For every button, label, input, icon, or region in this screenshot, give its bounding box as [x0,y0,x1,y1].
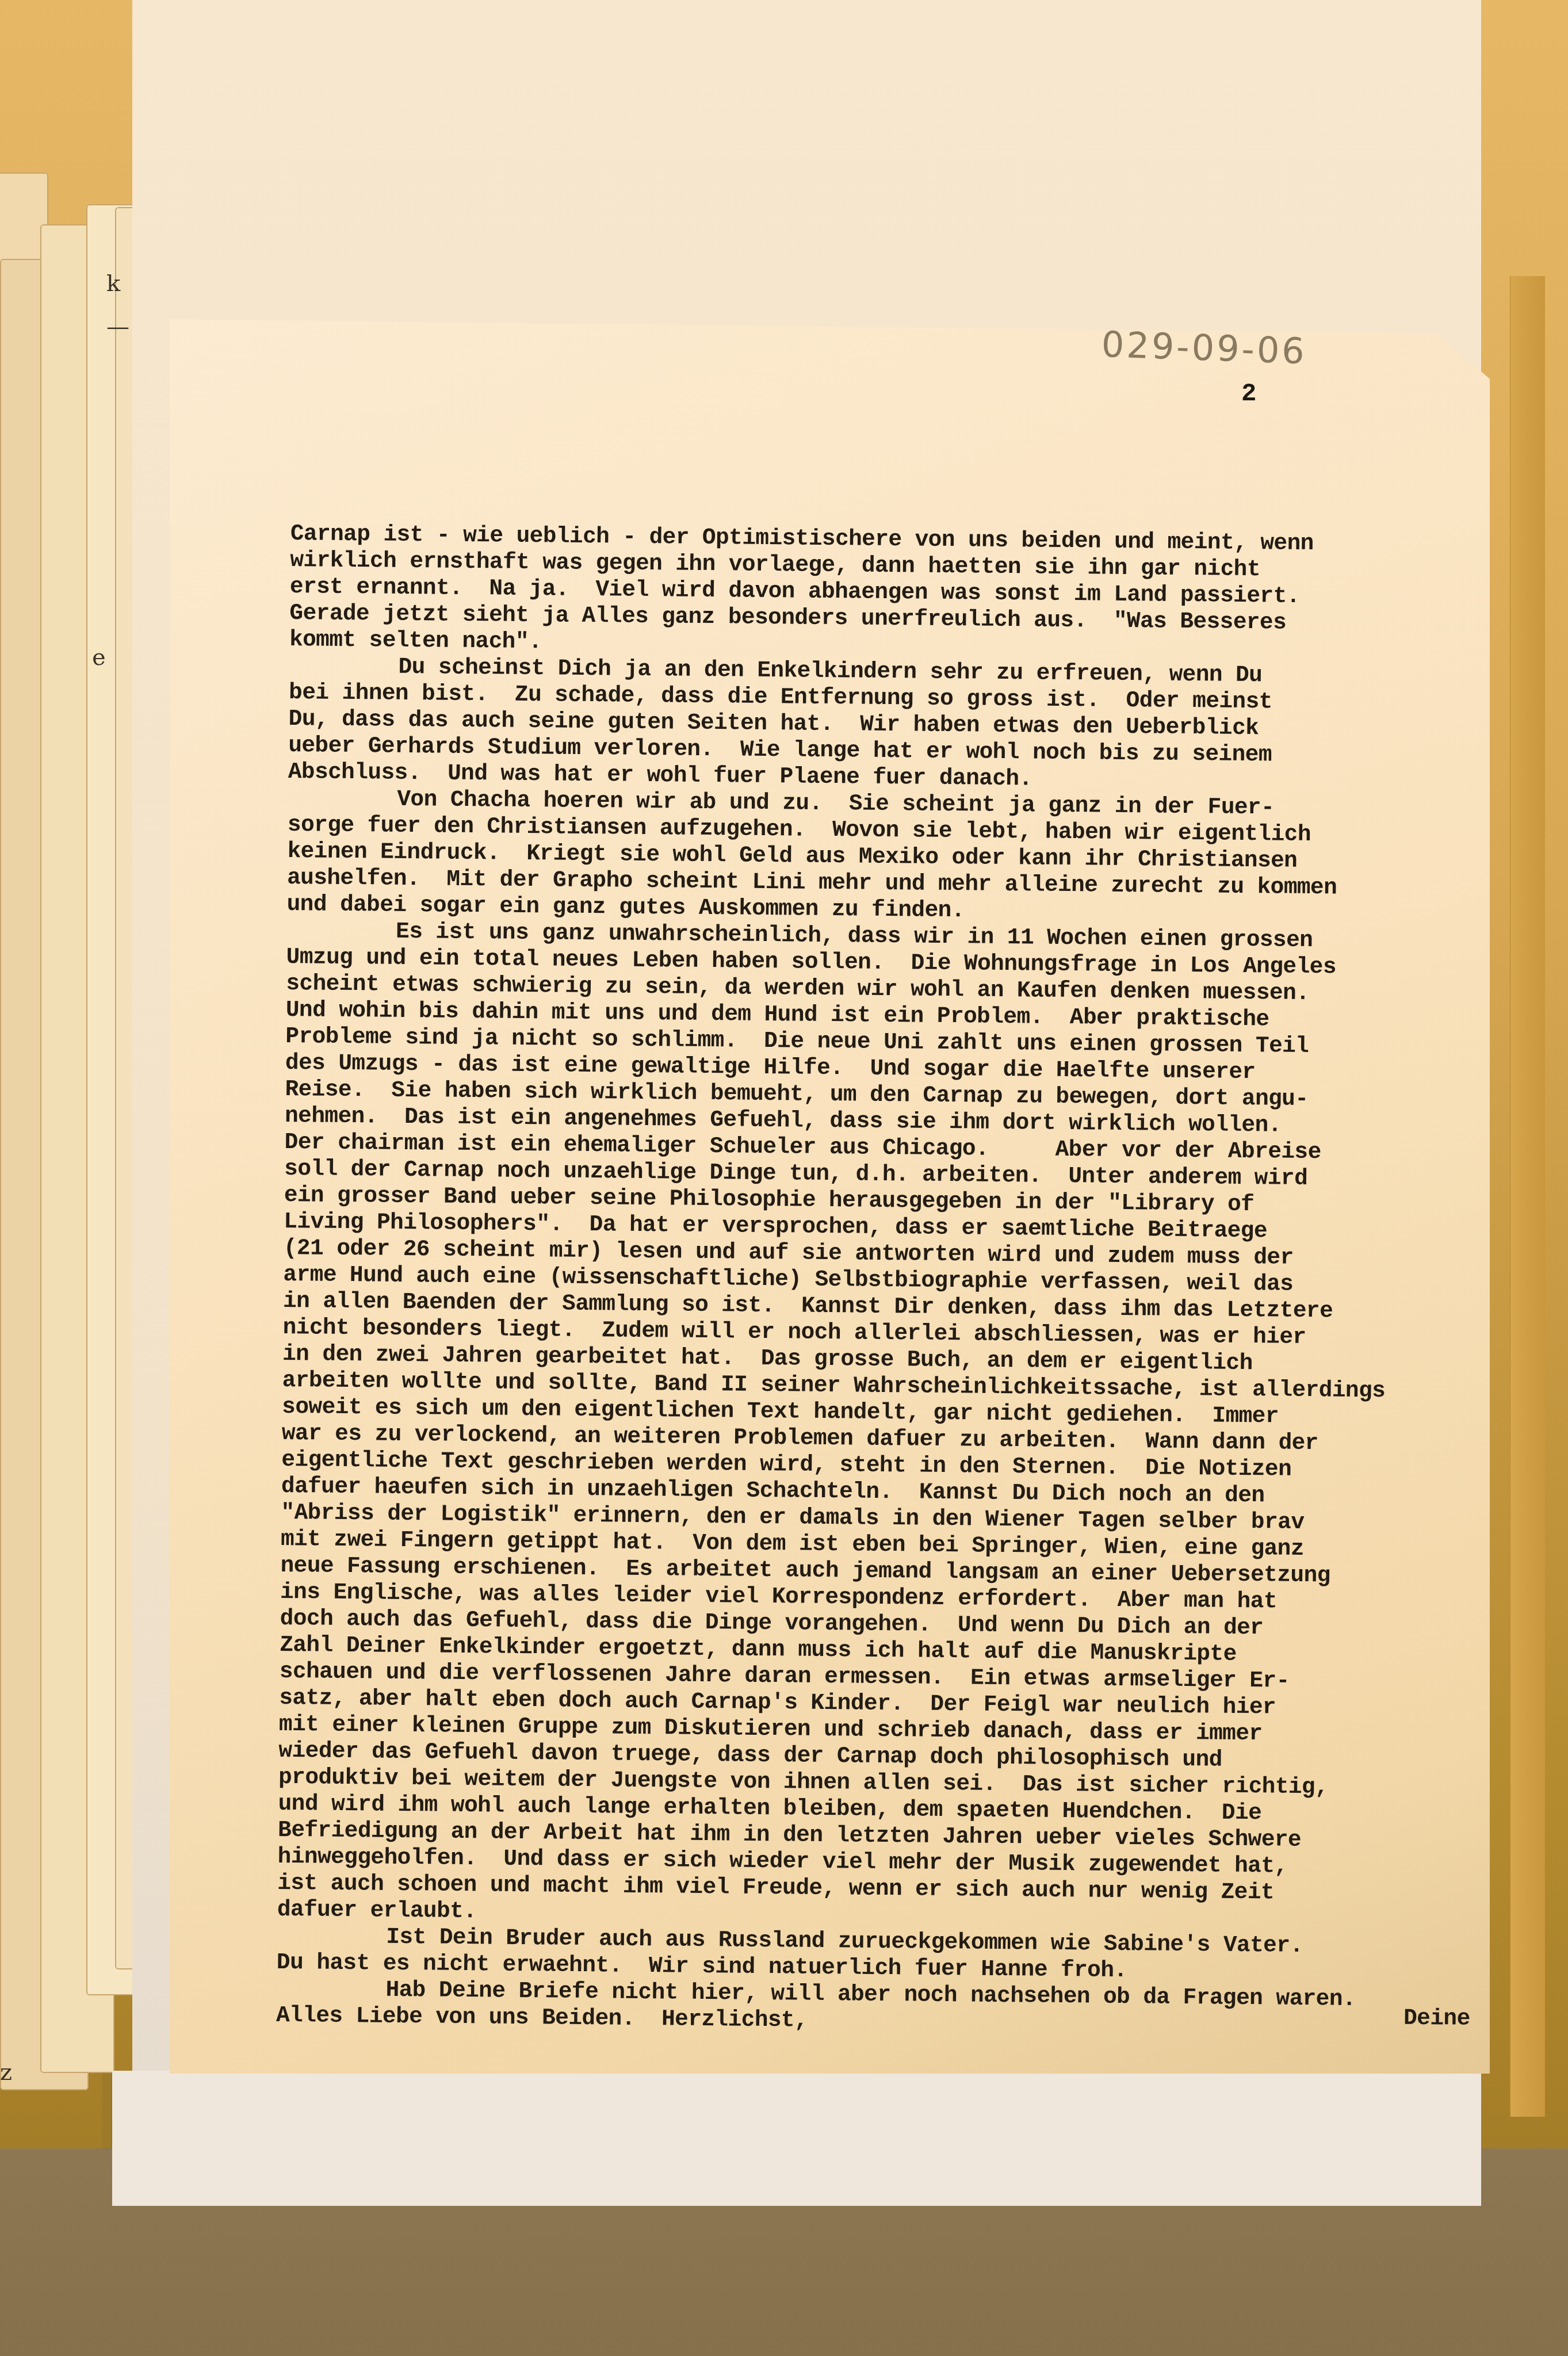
letter-paragraph: Du scheinst Dich ja an den Enkelkindern … [288,653,1440,796]
folder-edge-strip [1510,276,1545,2117]
margin-mark: e [92,644,106,671]
signoff: Deine [1403,2005,1470,2032]
backing-sheet-lower [112,2071,1481,2206]
margin-mark: k [106,270,120,297]
page-number: 2 [1241,380,1256,408]
margin-mark: z [0,2059,12,2086]
margin-mark: — [106,313,129,340]
letter-body: Carnap ist - wie ueblich - der Optimisti… [276,521,1441,2040]
letter-paragraph: Von Chacha hoeren wir ab und zu. Sie sch… [286,785,1438,928]
archive-number: 029-09-06 [1101,323,1307,372]
letter-paragraph: Es ist uns ganz unwahrscheinlich, dass w… [277,917,1437,1934]
letter-paragraph: Carnap ist - wie ueblich - der Optimisti… [289,521,1441,664]
closing-text: Alles Liebe von uns Beiden. Herzlichst, [276,2002,808,2033]
